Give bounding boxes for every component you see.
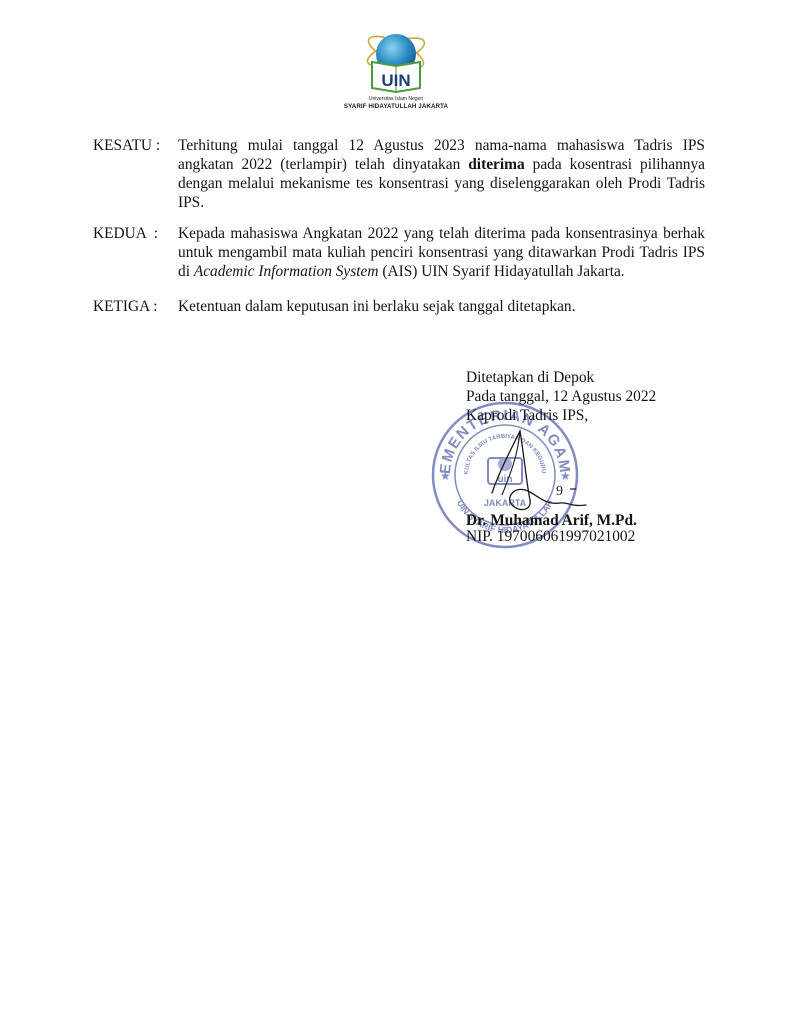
decision-clause-kesatu: KESATU : Terhitung mulai tanggal 12 Agus… <box>93 136 705 212</box>
handwritten-signature: 9 <box>490 425 590 525</box>
uin-globe-book-logo-icon: UIN <box>362 26 430 94</box>
institution-line-1: Universitas Islam Negeri <box>336 96 456 102</box>
signer-nip: NIP. 197006061997021002 <box>466 527 635 546</box>
clause-body: Ketentuan dalam keputusan ini berlaku se… <box>178 297 705 316</box>
signer-role: Kaprodi Tadris IPS, <box>466 406 588 425</box>
clause-italic-term: Academic Information System <box>194 263 379 280</box>
university-logo: UIN Universitas Islam Negeri SYARIF HIDA… <box>336 26 456 112</box>
signing-date: Pada tanggal, 12 Agustus 2022 <box>466 387 656 406</box>
clause-text: Ketentuan dalam keputusan ini berlaku se… <box>178 298 575 315</box>
clause-body: Terhitung mulai tanggal 12 Agustus 2023 … <box>178 136 705 212</box>
clause-emphasis: diterima <box>468 156 524 173</box>
decision-clause-ketiga: KETIGA : Ketentuan dalam keputusan ini b… <box>93 297 705 316</box>
institution-line-2: SYARIF HIDAYATULLAH JAKARTA <box>336 103 456 110</box>
clause-text: (AIS) UIN Syarif Hidayatullah Jakarta. <box>378 263 624 280</box>
svg-text:UIN: UIN <box>381 71 410 90</box>
clause-label: KETIGA : <box>93 297 158 316</box>
clause-body: Kepada mahasiswa Angkatan 2022 yang tela… <box>178 224 705 281</box>
clause-label: KESATU : <box>93 136 160 155</box>
signing-place: Ditetapkan di Depok <box>466 368 594 387</box>
clause-label: KEDUA : <box>93 224 158 243</box>
svg-text:★: ★ <box>440 469 451 483</box>
handwritten-signature-icon: 9 <box>490 425 590 525</box>
svg-text:9: 9 <box>556 484 563 499</box>
decision-clause-kedua: KEDUA : Kepada mahasiswa Angkatan 2022 y… <box>93 224 705 281</box>
